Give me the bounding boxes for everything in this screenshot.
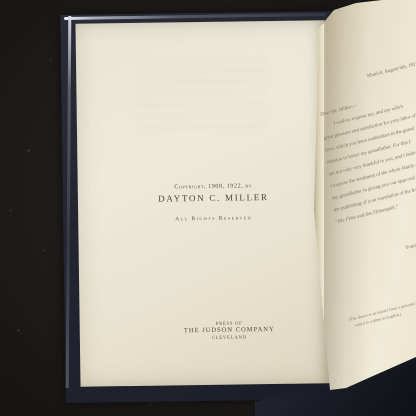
letter-note-line: which is written in English.) [354,266,416,329]
showthrough-ghost-text [136,57,267,129]
dust-speckles [0,0,1,1]
copyright-page: Copyright, 1908, 1922, by DAYTON C. MILL… [75,20,329,386]
rights-reserved-line: All Rights Reserved [89,214,338,223]
printer-imprint-block: PRESS OF THE JUDSON COMPANY CLEVELAND [105,319,354,341]
book-photo: Copyright, 1908, 1922, by DAYTON C. MILL… [0,0,416,416]
copyright-line: Copyright, 1908, 1922, by [89,182,338,191]
letter-date: Munich, August 6th, 1921. [366,27,416,83]
author-name: DAYTON C. MILLER [89,191,338,204]
copyright-block: Copyright, 1908, 1922, by DAYTON C. MILL… [89,182,339,223]
